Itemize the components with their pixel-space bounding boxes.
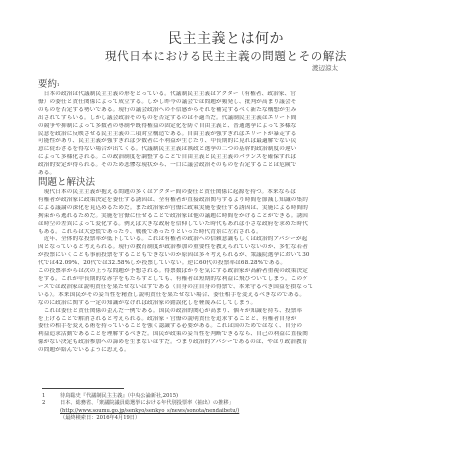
problems-line: 有権者が政治家に政策決定を委任する誘因は、全有権者が直接政治関与するより時間を節…	[38, 197, 415, 205]
abstract-heading: 要約1	[38, 79, 60, 90]
abstract-line: 出されてすらいる。しかし議会政治そのものを否定するのは不適当だ。代議制民主主義は…	[38, 115, 415, 123]
problems-line: 利益追求活動であることを理解するべきだ。国民が政策の妥当性を判断できるなら、自己…	[38, 331, 415, 339]
problems-line: いる）。本来国民がその妥当性を精査し説明責任を果たせない場合、委任相手を変えるべ…	[38, 292, 415, 300]
problems-line: 近年、全体的な投票率が低下している。これは有権者の政治への信頼意識もしくは政治的…	[38, 236, 415, 244]
paper-title: 民主主義とは何か	[0, 31, 452, 47]
problems-heading: 問題と解決法	[38, 177, 95, 188]
abstract-line: 僚）の委任と責任関係によって成立する。しかし昨今の議会では問題が頻発し、批判が高…	[38, 99, 415, 107]
footnotes: 1待鳥聡史『代議制民主主義』（中央公論新社,2015) 2日本、総務省、「衆議院…	[42, 393, 422, 423]
problems-line: 拘束から逃れるためだ。実施を官僚に任せることで政治家は他の議題に時間をかけること…	[38, 213, 415, 221]
problems-line: を上げることで解消されると考えられる。政治家・官僚の説明責任を追求することと、有…	[38, 316, 415, 324]
footnote-text: 待鳥聡史『代議制民主主義』（中央公論新社,2015)	[60, 393, 178, 399]
problems-line: 現代日本の民主主義が抱える問題の多くはアクター間の委任と責任関係に起源を持つ。本…	[38, 189, 415, 197]
problems-line: 委任の相手を変える術を持っていることを強く認識する必要がある。これは国のためでは…	[38, 323, 415, 331]
document-page: 民主主義とは何か 現代日本における民主主義の問題とその解法 渡辺涼太 要約1 日…	[0, 0, 452, 452]
footnote-mark-1: 1	[57, 82, 60, 87]
abstract-line: の競争や抑制によって多数者の専制や既得権益の固定化を防ぐ自由主義と、普通選挙によ…	[38, 123, 415, 131]
problems-line: もある。これらは大恐慌であったり、戦後であったりといった時代背景に左右される。	[38, 229, 415, 237]
abstract-line: 意に従わざるを得ない場合が出てくる。代議制民主主義は執政と選挙の二つの基幹的政治…	[38, 146, 415, 154]
problems-line: をする。これが中長期的な赤字をもたらすとしても、有権者は短期的な利益に飛びついて…	[38, 276, 415, 284]
footnote-text: 日本、総務省、「衆議院議員総選挙における年代別投票率（抽出）の推移」	[60, 400, 234, 406]
problems-line: ースでは政治家は説明責任を果たせないはずである（自身の注自身の得票で、本来守るべ…	[38, 284, 415, 292]
footnote-2-accessed-line: （最終検索日：2016年4月19日）	[42, 415, 422, 422]
problems-line: この投票率からは次の上うな問題が予想される。得票数ばかりを気にする政治家が高齢者…	[38, 268, 415, 276]
paper-subtitle: 現代日本における民主主義の問題とその解法	[0, 50, 452, 63]
abstract-line: 政治的安定が得られる。そのため悲惨な現状から、一口に議会政治そのものを否定するこ…	[38, 162, 415, 170]
problems-line: なのに政治に関する一定の知識がなければ政治家の錯誤化しを軽蔑みにしてしまう。	[38, 300, 415, 308]
abstract-body: 日本の政治は代議制民主主義の形をとっている。代議制民主主義はアクター（有権者、政…	[38, 91, 415, 178]
footnote-link[interactable]: (http://www.soumu.go.jp/senkyo/senkyo_s/…	[60, 408, 239, 414]
problems-line: 係がない決定も政治参加への諦めを生まないはずだ。つまり政治的アパシーであるのは、…	[38, 339, 415, 347]
abstract-line: 民意を政治に反映させる民主主義の二項対立構造である。自由主義が強すぎればエリート…	[38, 131, 415, 139]
problems-line: の問題が絡んでいるように思える。	[38, 347, 415, 355]
abstract-line: によって多様化される。この政治制度を調整することで自由主義と民主主義のバランスを…	[38, 154, 415, 162]
footnote-accessed-date: （最終検索日：2016年4月19日）	[60, 415, 140, 421]
problems-line: による議論の深化を見込めるためだ。また政治家が官僚に政策実施を委任する誘因は、実…	[38, 205, 415, 213]
abstract-line: のものを否定する勢いである。現行の議会政治への不信感からそれを補完するべく新たな…	[38, 107, 415, 115]
footnote-number: 1	[42, 393, 60, 400]
footnote-number: 2	[42, 400, 60, 407]
abstract-line: 可能性があり、民主主義が強すぎれば少数者に不利益が生じたり、中長期的に見れば最適…	[38, 138, 415, 146]
abstract-heading-text: 要約	[38, 79, 57, 90]
footnote-divider	[42, 388, 124, 389]
problems-line: が投票にいくことも事前投票をすることもできないのか原因は多々考えられるが、衆議院…	[38, 252, 415, 260]
abstract-line: 日本の政治は代議制民主主義の形をとっている。代議制民主主義はアクター（有権者、政…	[38, 91, 415, 99]
footnote-2: 2日本、総務省、「衆議院議員総選挙における年代別投票率（抽出）の推移」	[42, 400, 422, 407]
problems-line: は時空の差異によって変化する。例えば大きな政府を信仰していた時代もあれば小さな政…	[38, 221, 415, 229]
problems-line: これは委任と責任関係の歪んだ一例である。国民の政治的関心が高まり、個々が知識を持…	[38, 308, 415, 316]
author-name: 渡辺涼太	[312, 64, 338, 72]
problems-line: 因となっていると考えられる。現行の教育制度が政治参加の重要性を教えられていないの…	[38, 244, 415, 252]
problems-body: 現代日本の民主主義が抱える問題の多くはアクター間の委任と責任関係に起源を持つ。本…	[38, 189, 415, 355]
problems-line: 代では42.09%、20代では32.58%しか投票していない。逆に60代の投票率…	[38, 260, 415, 268]
